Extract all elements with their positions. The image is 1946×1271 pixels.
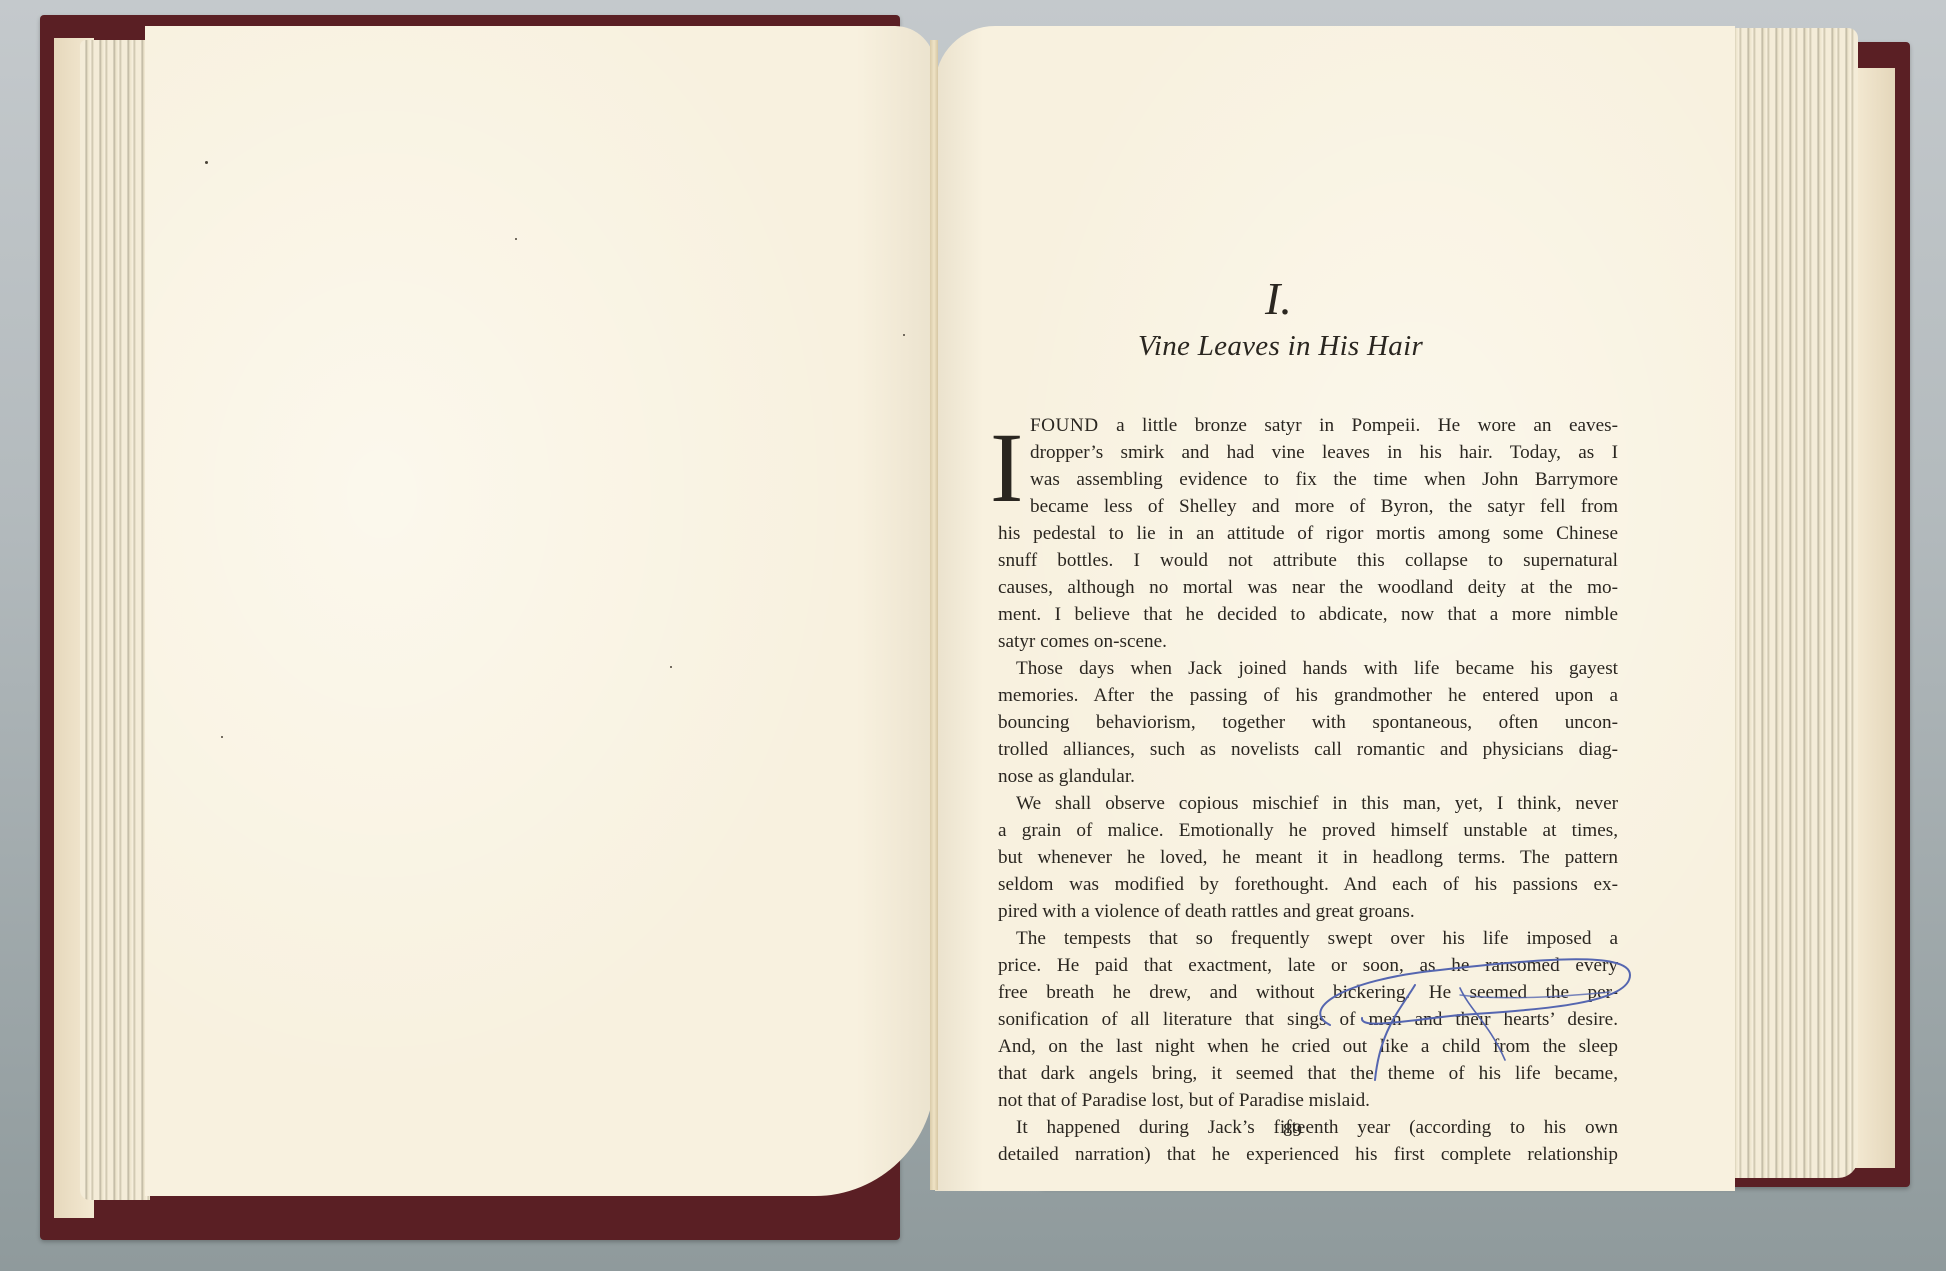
text-line: nose as glandular. [998,763,1618,790]
text-line: that dark angels bring, it seemed that t… [998,1060,1618,1087]
book-gutter [930,40,938,1190]
text-line: satyr comes on-scene. [998,628,1618,655]
text-line: was assembling evidence to fix the time … [998,466,1618,493]
endpaper-right [1855,68,1895,1168]
text-line: a grain of malice. Emotionally he proved… [998,817,1618,844]
left-page-blank [145,26,935,1196]
text-line: his pedestal to lie in an attitude of ri… [998,520,1618,547]
text-line: bouncing behaviorism, together with spon… [998,709,1618,736]
text-line: And, on the last night when he cried out… [998,1033,1618,1060]
text-line: The tempests that so frequently swept ov… [998,925,1618,952]
text-line: trolled alliances, such as novelists cal… [998,736,1618,763]
page-number: 89 [1283,1120,1302,1142]
text-line: dropper’s smirk and had vine leaves in h… [998,439,1618,466]
page-edges-left [80,40,150,1200]
text-line: causes, although no mortal was near the … [998,574,1618,601]
text-line: detailed narration) that he experienced … [998,1141,1618,1168]
text-line: price. He paid that exactment, late or s… [998,952,1618,979]
text-line-rest: a little bronze satyr in Pompeii. He wor… [1099,415,1618,436]
opening-smallcaps: FOUND [1030,415,1099,436]
page-edges-right [1728,28,1858,1178]
text-line: seldom was modified by forethought. And … [998,871,1618,898]
text-line: snuff bottles. I would not attribute thi… [998,547,1618,574]
text-line: ment. I believe that he decided to abdic… [998,601,1618,628]
text-line: sonification of all literature that sing… [998,1006,1618,1033]
text-line: It happened during Jack’s fifteenth year… [998,1114,1618,1141]
text-line: pired with a violence of death rattles a… [998,898,1618,925]
text-line: We shall observe copious mischief in thi… [998,790,1618,817]
text-line: free breath he drew, and without bickeri… [998,979,1618,1006]
text-line: Those days when Jack joined hands with l… [998,655,1618,682]
chapter-body-text: FOUND a little bronze satyr in Pompeii. … [998,412,1618,1168]
text-line: FOUND a little bronze satyr in Pompeii. … [998,412,1618,439]
text-line: not that of Paradise lost, but of Paradi… [998,1087,1618,1114]
text-line: but whenever he loved, he meant it in he… [998,844,1618,871]
text-line: became less of Shelley and more of Byron… [998,493,1618,520]
paper-speck [670,666,672,668]
paper-speck [221,736,223,738]
chapter-number: I. [1265,272,1292,325]
chapter-title: Vine Leaves in His Hair [1138,330,1423,363]
paper-speck [515,238,517,240]
paper-speck [205,161,208,164]
paper-speck [903,334,905,336]
text-line: memories. After the passing of his grand… [998,682,1618,709]
